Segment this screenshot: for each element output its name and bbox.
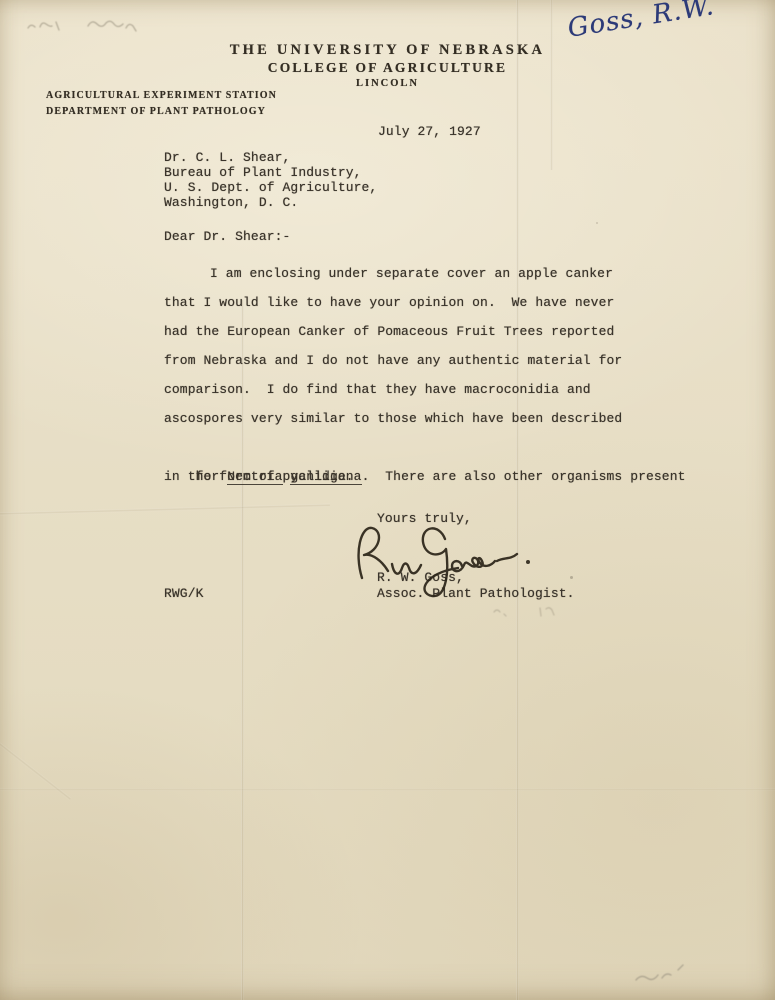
date-line: July 27, 1927 <box>378 124 481 139</box>
fold-crease-vertical-right <box>516 0 519 1000</box>
faint-pencil-marks-bottom-right <box>628 962 708 990</box>
body-line: comparison. I do find that they have mac… <box>164 375 591 404</box>
letterhead-city: LINCOLN <box>0 78 775 89</box>
body-line: that I would like to have your opinion o… <box>164 288 614 317</box>
body-line: ascospores very similar to those which h… <box>164 404 622 433</box>
body-line: in the form of pycnidia. <box>164 462 354 491</box>
salutation: Dear Dr. Shear:- <box>164 229 290 244</box>
paper-speck <box>596 222 598 224</box>
reference-initials: RWG/K <box>164 586 204 601</box>
faint-pencil-marks-top-left <box>22 8 192 38</box>
body-line: I am enclosing under separate cover an a… <box>164 259 613 288</box>
recipient-org: Bureau of Plant Industry, <box>164 165 362 181</box>
recipient-name: Dr. C. L. Shear, <box>164 150 290 166</box>
letterhead-department: DEPARTMENT OF PLANT PATHOLOGY <box>46 106 266 117</box>
fold-crease-horizontal-lower <box>0 788 775 791</box>
body-line: had the European Canker of Pomaceous Fru… <box>164 317 614 346</box>
corner-crease-bottom-left <box>0 743 71 801</box>
recipient-city: Washington, D. C. <box>164 195 298 211</box>
letterhead-university: THE UNIVERSITY OF NEBRASKA <box>0 42 775 59</box>
signature-period-dot <box>526 560 530 564</box>
signature-goss <box>344 518 544 613</box>
letterhead-college: COLLEGE OF AGRICULTURE <box>0 60 775 76</box>
body-line: from Nebraska and I do not have any auth… <box>164 346 622 375</box>
species-post: . There are also other organisms present <box>362 469 686 484</box>
paper-speck <box>570 576 573 579</box>
letterhead-station: AGRICULTURAL EXPERIMENT STATION <box>46 90 277 101</box>
letter-page: Goss, R.W. THE UNIVERSITY OF NEBRASKA CO… <box>0 0 775 1000</box>
body-line-species: for Nectria galligena. There are also ot… <box>164 433 686 462</box>
recipient-dept: U. S. Dept. of Agriculture, <box>164 180 377 196</box>
handwritten-filing-annotation: Goss, R.W. <box>566 0 717 44</box>
